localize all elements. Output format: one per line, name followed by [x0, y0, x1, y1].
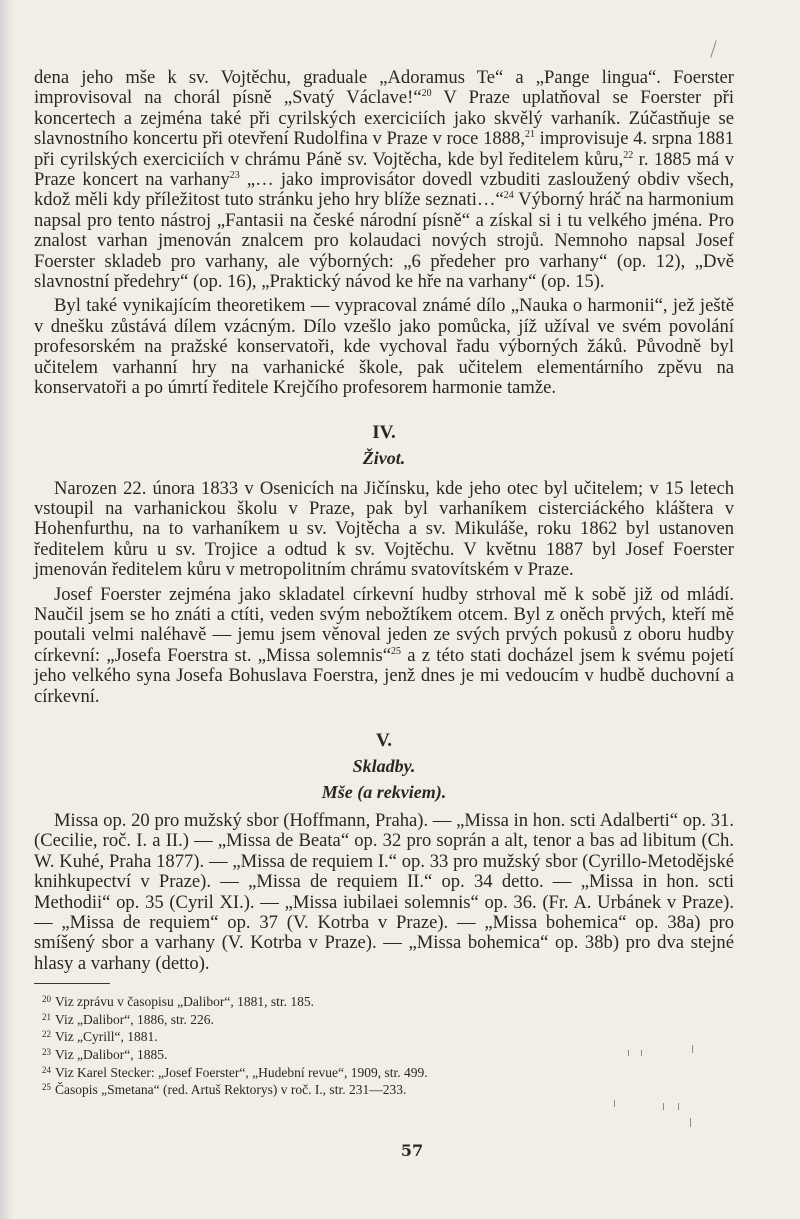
footnote-text: Viz „Dalibor“, 1885.: [55, 1047, 167, 1062]
masses-paragraph: Missa op. 20 pro mužský sbor (Hoffmann, …: [34, 811, 734, 974]
scan-speck: [628, 1050, 629, 1056]
scan-speck: [614, 1100, 615, 1107]
footnote-number: 24: [42, 1065, 51, 1075]
footnote-text: Viz „Cyrill“, 1881.: [55, 1029, 158, 1044]
book-page: dena jeho mše k sv. Vojtěchu, graduale „…: [34, 68, 734, 1098]
scan-speck: [710, 40, 717, 57]
footnote-divider: [34, 983, 110, 984]
footnote-20: 20Viz zprávu v časopisu „Dalibor“, 1881,…: [34, 992, 734, 1010]
footnote-text: Viz Karel Stecker: „Josef Foerster“, „Hu…: [55, 1065, 428, 1080]
page-number: 57: [0, 1141, 800, 1160]
section-gap: [34, 707, 734, 729]
section-iv-title: Život.: [34, 445, 734, 471]
theory-paragraph: Byl také vynikajícím theoretikem — vypra…: [34, 296, 734, 398]
footnote-ref-20[interactable]: 20: [422, 88, 432, 99]
page-edge-shadow: [0, 0, 14, 1219]
footnote-ref-21[interactable]: 21: [525, 129, 535, 140]
footnote-number: 20: [42, 994, 51, 1004]
footnote-24: 24Viz Karel Stecker: „Josef Foerster“, „…: [34, 1063, 734, 1081]
footnote-number: 21: [42, 1012, 51, 1022]
footnote-number: 22: [42, 1029, 51, 1039]
section-v-title: Skladby.: [34, 753, 734, 779]
footnote-number: 23: [42, 1047, 51, 1057]
scan-speck: [690, 1118, 691, 1127]
footnote-number: 25: [42, 1082, 51, 1092]
footnote-text: Viz zprávu v časopisu „Dalibor“, 1881, s…: [55, 994, 314, 1009]
continuation-paragraph: dena jeho mše k sv. Vojtěchu, graduale „…: [34, 68, 734, 292]
footnote-22: 22Viz „Cyrill“, 1881.: [34, 1027, 734, 1045]
footnote-21: 21Viz „Dalibor“, 1886, str. 226.: [34, 1010, 734, 1028]
footnotes-list: 20Viz zprávu v časopisu „Dalibor“, 1881,…: [34, 992, 734, 1098]
scan-speck: [663, 1103, 664, 1110]
footnote-ref-23[interactable]: 23: [230, 170, 240, 181]
footnote-ref-25[interactable]: 25: [391, 646, 401, 657]
footnote-text: Viz „Dalibor“, 1886, str. 226.: [55, 1012, 214, 1027]
section-v-subtitle: Mše (a rekviem).: [34, 779, 734, 805]
section-gap: [34, 399, 734, 421]
footnote-23: 23Viz „Dalibor“, 1885.: [34, 1045, 734, 1063]
life-paragraph-2: Josef Foerster zejména jako skladatel cí…: [34, 585, 734, 707]
life-paragraph-1: Narozen 22. února 1833 v Osenicích na Ji…: [34, 479, 734, 581]
scan-speck: [692, 1045, 693, 1053]
section-v-number: V.: [34, 729, 734, 753]
section-iv-number: IV.: [34, 421, 734, 445]
footnote-ref-24[interactable]: 24: [504, 190, 514, 201]
footnote-ref-22[interactable]: 22: [623, 150, 633, 161]
footnote-text: Časopis „Smetana“ (red. Artuš Rektorys) …: [55, 1082, 406, 1097]
footnote-25: 25Časopis „Smetana“ (red. Artuš Rektorys…: [34, 1080, 734, 1098]
scan-speck: [678, 1103, 679, 1110]
scan-speck: [641, 1050, 642, 1056]
